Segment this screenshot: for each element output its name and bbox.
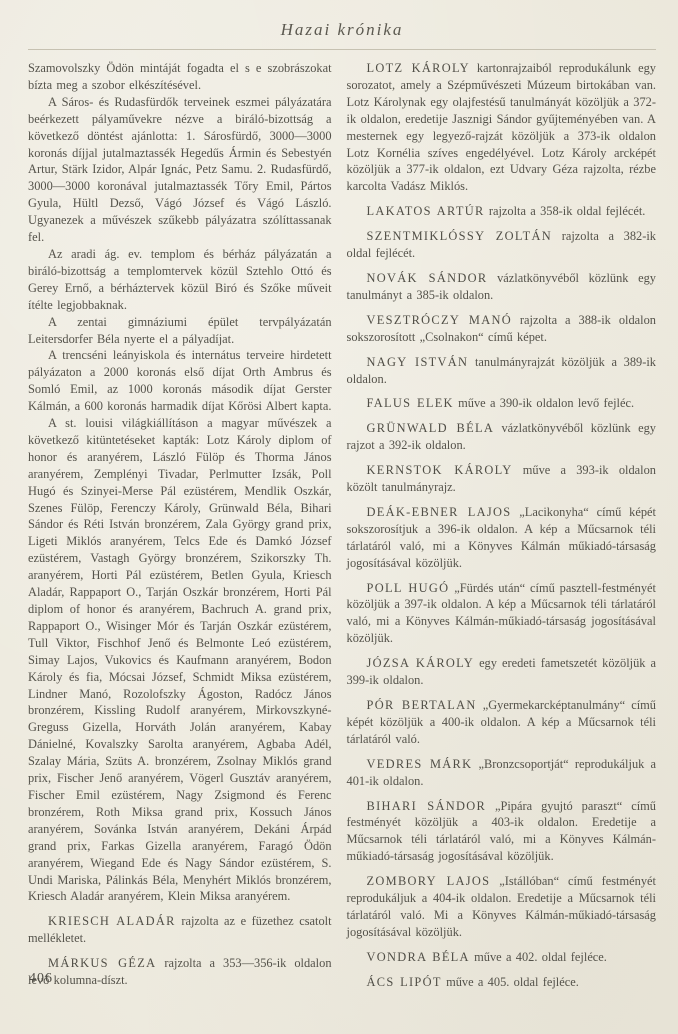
news-paragraph: A st. louisi világkiállításon a magyar m… xyxy=(28,415,332,905)
credit-paragraph: GRÜNWALD BÉLA vázlatkönyvéből közlünk eg… xyxy=(347,420,656,454)
credit-paragraph: PÓR BERTALAN „Gyermekarcképtanulmány“ cí… xyxy=(347,697,656,748)
news-paragraph: A zentai gimnáziumi épület tervpályázatá… xyxy=(28,314,332,348)
artist-name: NOVÁK SÁNDOR xyxy=(367,271,488,285)
credit-paragraph: JÓZSA KÁROLY egy eredeti fametszetét köz… xyxy=(347,655,656,689)
credit-paragraph: POLL HUGÓ „Fürdés után“ című pasztell-fe… xyxy=(347,580,656,648)
credit-paragraph: DEÁK-EBNER LAJOS „Lacikonyha“ című képét… xyxy=(347,504,656,572)
credit-paragraph: LOTZ KÁROLY kartonrajzaiból reprodukálun… xyxy=(347,60,656,195)
artist-name: ÁCS LIPÓT xyxy=(367,975,442,989)
credit-paragraph: ÁCS LIPÓT műve a 405. oldal fejléce. xyxy=(347,974,656,991)
artist-name: POLL HUGÓ xyxy=(367,581,450,595)
artist-name: JÓZSA KÁROLY xyxy=(367,656,475,670)
credit-paragraph: LAKATOS ARTÚR rajzolta a 358-ik oldal fe… xyxy=(347,203,656,220)
credit-paragraph: FALUS ELEK műve a 390-ik oldalon levő fe… xyxy=(347,395,656,412)
artist-name: KRIESCH ALADÁR xyxy=(48,914,176,928)
credit-paragraph: SZENTMIKLÓSSY ZOLTÁN rajzolta a 382-ik o… xyxy=(347,228,656,262)
artist-name: SZENTMIKLÓSSY ZOLTÁN xyxy=(367,229,553,243)
credit-paragraph: KRIESCH ALADÁR rajzolta az e füzethez cs… xyxy=(28,913,332,947)
credit-paragraph: BIHARI SÁNDOR „Pipára gyujtó paraszt“ cí… xyxy=(347,798,656,866)
credit-paragraph: NOVÁK SÁNDOR vázlatkönyvéből közlünk egy… xyxy=(347,270,656,304)
credit-paragraph: VEDRES MÁRK „Bronzcsoportját“ reprodukál… xyxy=(347,756,656,790)
artist-name: FALUS ELEK xyxy=(367,396,454,410)
credit-paragraph: VONDRA BÉLA műve a 402. oldal fejléce. xyxy=(347,949,656,966)
scanned-journal-page: Hazai krónika Szamovolszky Ödön mintáját… xyxy=(0,0,678,1034)
two-column-text-body: Szamovolszky Ödön mintáját fogadta el s … xyxy=(28,60,656,991)
credit-paragraph: NAGY ISTVÁN tanulmányrajzát közöljük a 3… xyxy=(347,354,656,388)
credit-paragraph: VESZTRÓCZY MANÓ rajzolta a 388-ik oldalo… xyxy=(347,312,656,346)
artist-name: KERNSTOK KÁROLY xyxy=(367,463,513,477)
artist-name: GRÜNWALD BÉLA xyxy=(367,421,495,435)
artist-name: PÓR BERTALAN xyxy=(367,698,477,712)
left-text-column: Szamovolszky Ödön mintáját fogadta el s … xyxy=(28,60,332,989)
page-number: 406 xyxy=(29,971,53,987)
artist-name: VEDRES MÁRK xyxy=(367,757,473,771)
credit-paragraph: KERNSTOK KÁROLY műve a 393-ik oldalon kö… xyxy=(347,462,656,496)
artist-name: VESZTRÓCZY MANÓ xyxy=(367,313,512,327)
news-paragraph: Az aradi ág. ev. templom és bérház pályá… xyxy=(28,246,332,314)
artist-name: DEÁK-EBNER LAJOS xyxy=(367,505,512,519)
credit-paragraph: MÁRKUS GÉZA rajzolta a 353—356-ik oldalo… xyxy=(28,955,332,989)
credit-paragraph: ZOMBORY LAJOS „Istállóban“ című festmény… xyxy=(347,873,656,941)
artist-name: LOTZ KÁROLY xyxy=(367,61,470,75)
news-paragraph: Szamovolszky Ödön mintáját fogadta el s … xyxy=(28,60,332,94)
right-text-column: LOTZ KÁROLY kartonrajzaiból reprodukálun… xyxy=(347,60,656,991)
artist-name: LAKATOS ARTÚR xyxy=(367,204,485,218)
artist-name: ZOMBORY LAJOS xyxy=(367,874,491,888)
artist-name: BIHARI SÁNDOR xyxy=(367,799,486,813)
artist-name: VONDRA BÉLA xyxy=(367,950,470,964)
artist-name: NAGY ISTVÁN xyxy=(367,355,469,369)
artist-name: MÁRKUS GÉZA xyxy=(48,956,156,970)
news-paragraph: A trencséni leányiskola és internátus te… xyxy=(28,347,332,415)
news-paragraph: A Sáros- és Rudasfürdők terveinek eszmei… xyxy=(28,94,332,246)
page-header-title: Hazai krónika xyxy=(28,12,656,40)
header-rule xyxy=(28,49,656,50)
